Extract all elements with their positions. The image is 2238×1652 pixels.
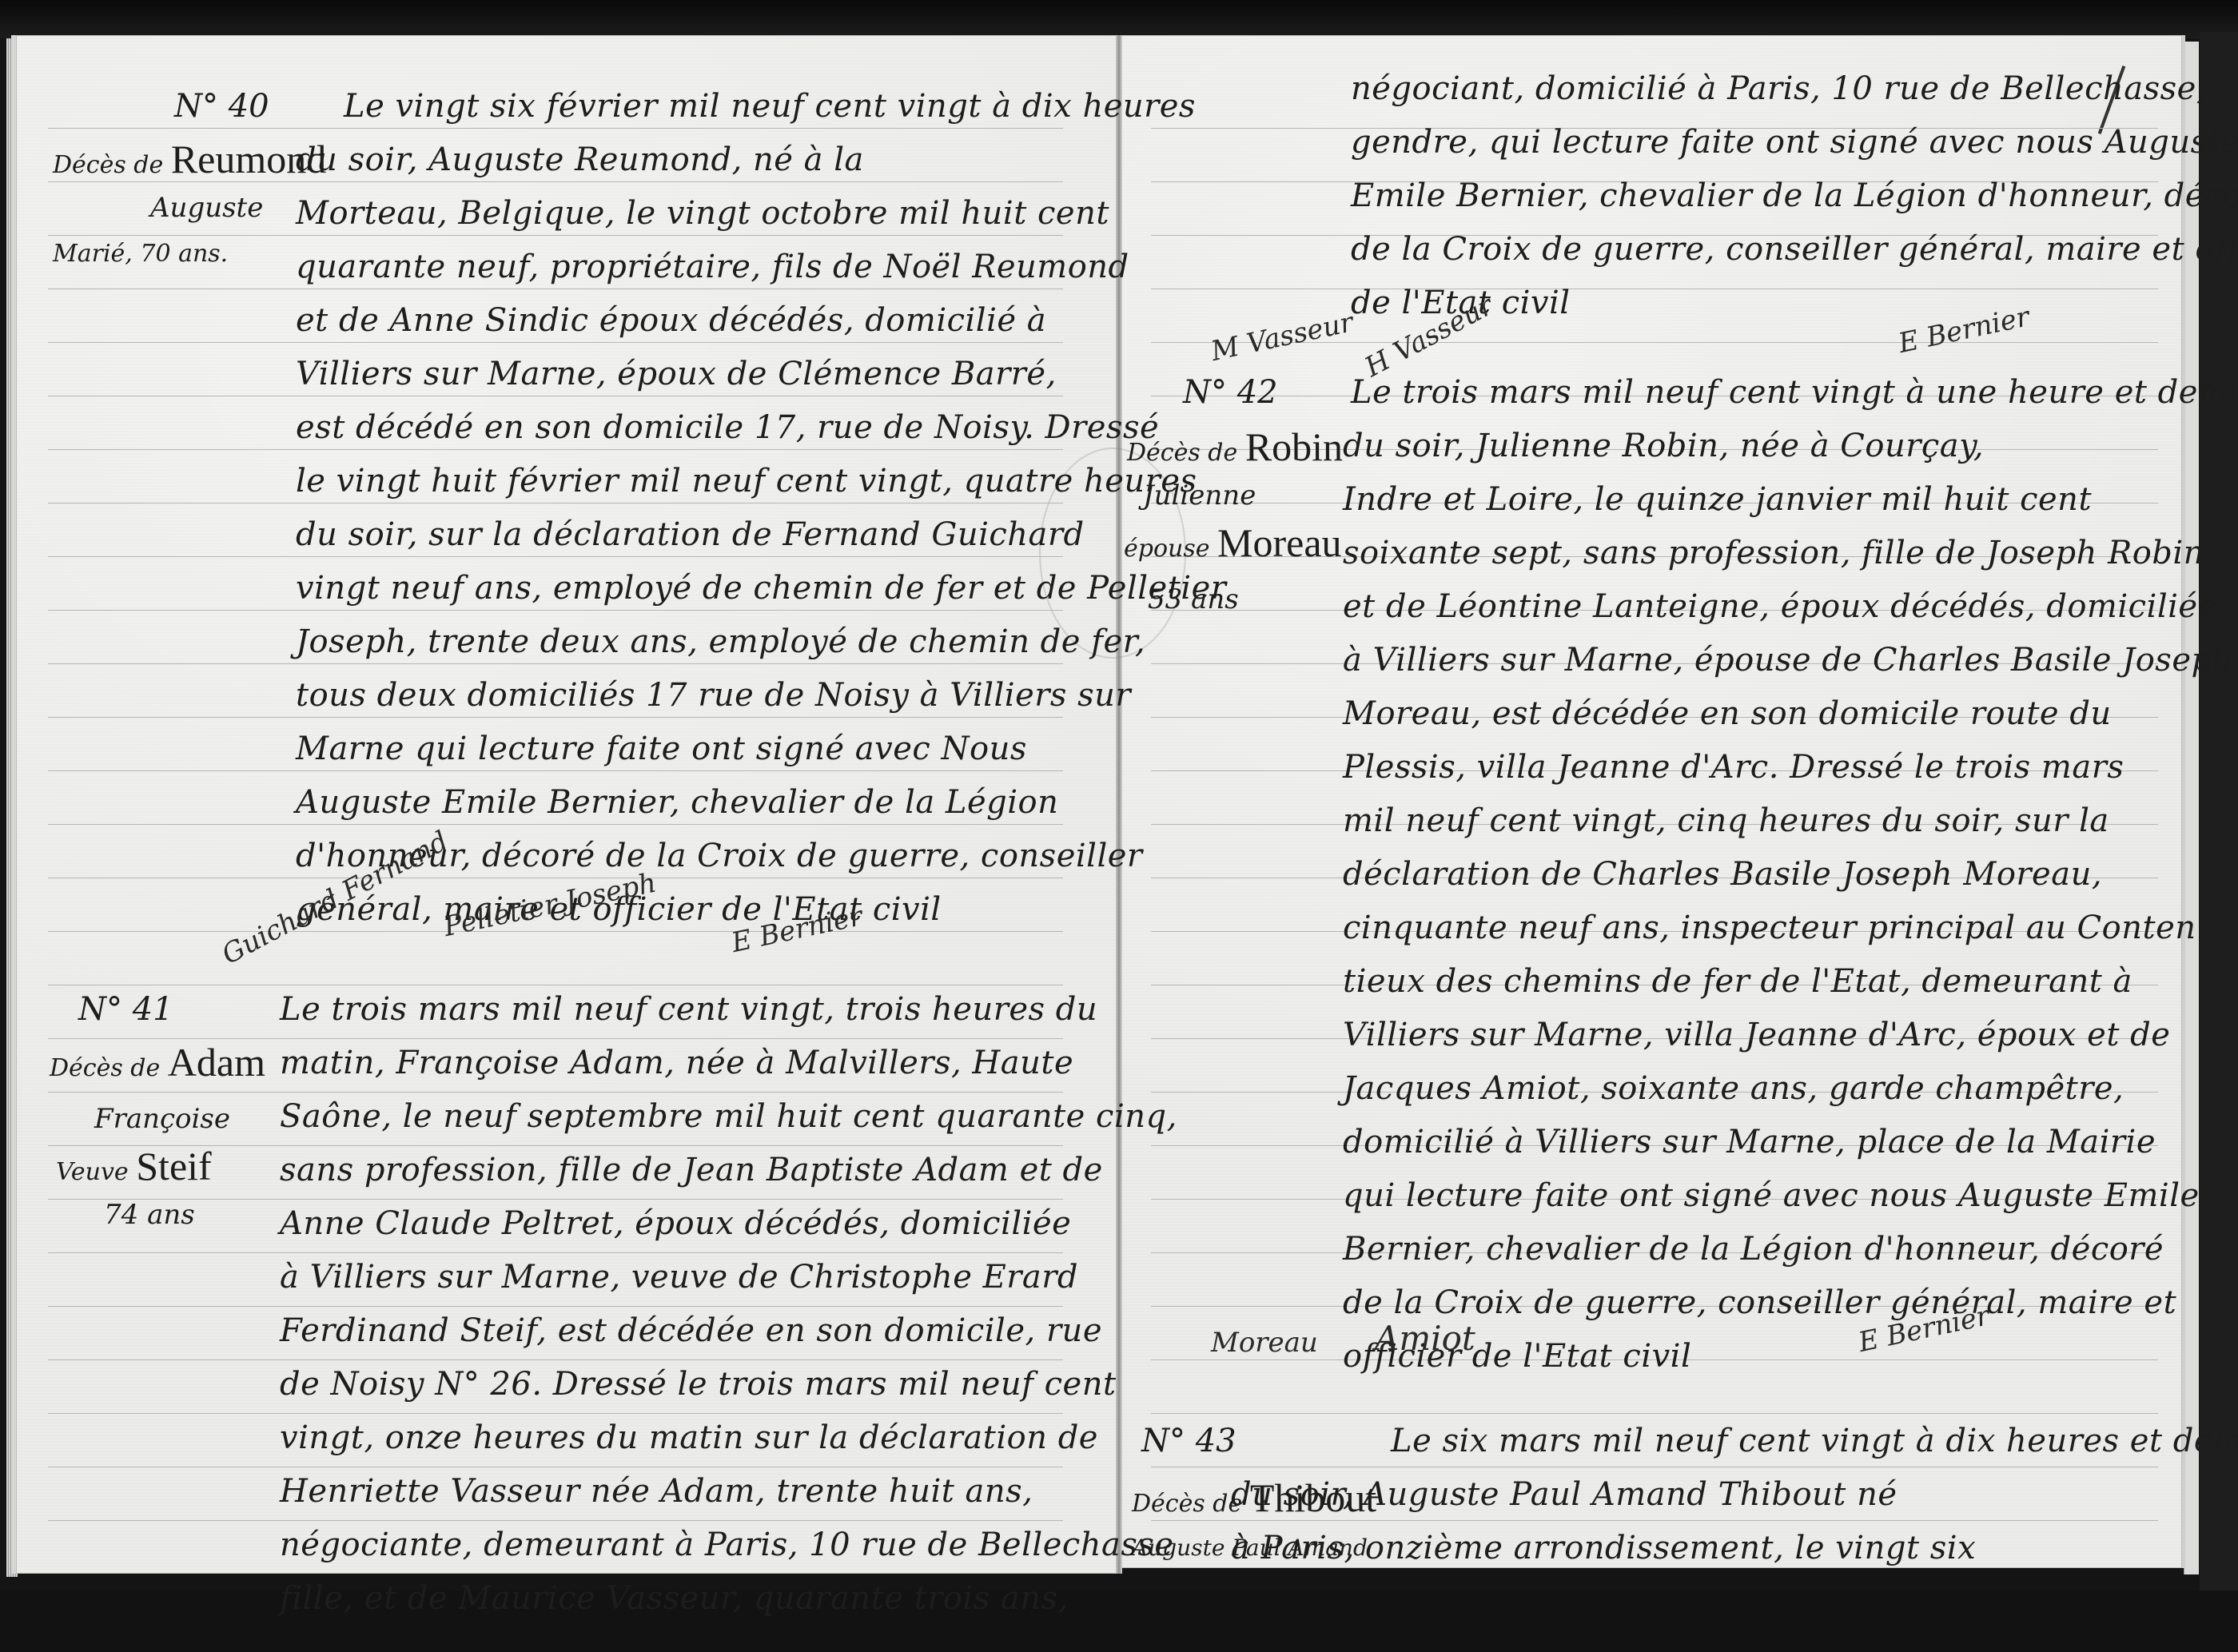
- ruled-line: [1151, 1413, 2158, 1414]
- register-line: qui lecture faite ont signé avec nous Au…: [1343, 1177, 2200, 1214]
- register-line: domicilié à Villiers sur Marne, place de…: [1343, 1124, 2156, 1160]
- deceased-surname: Adam: [168, 1040, 265, 1085]
- register-line: déclaration de Charles Basile Joseph Mor…: [1343, 856, 2102, 893]
- register-line: Joseph, trente deux ans, employé de chem…: [296, 623, 1145, 660]
- ruled-line: [48, 1306, 1063, 1307]
- widow-of: Veuve Steif: [56, 1143, 212, 1189]
- register-line: et de Anne Sindic époux décédés, domicil…: [296, 302, 1046, 339]
- register-line: Jacques Amiot, soixante ans, garde champ…: [1343, 1070, 2124, 1107]
- ruled-line: [48, 1252, 1063, 1253]
- register-line: vingt, onze heures du matin sur la décla…: [280, 1419, 1098, 1456]
- register-line: sans profession, fille de Jean Baptiste …: [280, 1152, 1103, 1188]
- register-line: Moreau, est décédée en son domicile rout…: [1343, 695, 2112, 732]
- spouse-of: épouse Moreau: [1124, 519, 1342, 566]
- register-line: mil neuf cent vingt, cinq heures du soir…: [1343, 802, 2109, 839]
- entry-margin-title: Décès de Adam: [50, 1039, 265, 1085]
- register-line: le vingt huit février mil neuf cent ving…: [296, 463, 1197, 500]
- ruled-line: [48, 1520, 1063, 1521]
- ruled-line: [48, 1413, 1063, 1414]
- ruled-line: [48, 1467, 1063, 1467]
- register-line: Le vingt six février mil neuf cent vingt…: [344, 88, 1196, 125]
- ruled-line: [48, 610, 1063, 611]
- book-cover-edge: [2200, 32, 2238, 1630]
- ruled-line: [48, 717, 1063, 718]
- ruled-line: [48, 128, 1063, 129]
- register-line: de la Croix de guerre, conseiller généra…: [1343, 1284, 2176, 1321]
- ruled-line: [1151, 289, 2158, 289]
- entry-number: N° 43: [1141, 1423, 1236, 1459]
- register-line: du soir, Julienne Robin, née à Courçay,: [1343, 428, 1984, 464]
- deceased-age: 53 ans: [1148, 583, 1239, 615]
- register-line: Le trois mars mil neuf cent vingt, trois…: [280, 991, 1097, 1028]
- register-line: tieux des chemins de fer de l'Etat, deme…: [1343, 963, 2132, 1000]
- ruled-line: [48, 556, 1063, 557]
- signature: Moreau: [1211, 1327, 1318, 1359]
- entry-number: N° 42: [1183, 374, 1278, 411]
- register-line: fille, et de Maurice Vasseur, quarante t…: [280, 1580, 1069, 1617]
- register-line: Le six mars mil neuf cent vingt à dix he…: [1391, 1423, 2238, 1459]
- register-line: négociante, demeurant à Paris, 10 rue de…: [280, 1527, 1174, 1563]
- deceased-given-name: Auguste: [150, 192, 263, 224]
- deces-label: Décès de: [1132, 1490, 1242, 1518]
- marital-status-age: Marié, 70 ans.: [53, 240, 228, 268]
- register-line: vingt neuf ans, employé de chemin de fer…: [296, 570, 1226, 607]
- register-line: à Villiers sur Marne, épouse de Charles …: [1343, 642, 2233, 679]
- register-line: à Villiers sur Marne, veuve de Christoph…: [280, 1259, 1078, 1296]
- spouse-surname: Steif: [136, 1144, 211, 1188]
- register-line: négociant, domicilié à Paris, 10 rue de …: [1351, 70, 2207, 107]
- ruled-line: [48, 878, 1063, 878]
- ruled-line: [48, 396, 1063, 396]
- deces-label: Décès de: [53, 151, 163, 179]
- ruled-line: [48, 449, 1063, 450]
- register-line: du soir, Auguste Reumond, né à la: [296, 141, 864, 178]
- register-line: Emile Bernier, chevalier de la Légion d'…: [1351, 177, 2238, 214]
- deceased-given-name: Françoise: [94, 1103, 230, 1135]
- register-line: Morteau, Belgique, le vingt octobre mil …: [296, 195, 1109, 232]
- ruled-line: [48, 503, 1063, 504]
- register-line: soixante sept, sans profession, fille de…: [1343, 535, 2204, 571]
- register-line: tous deux domiciliés 17 rue de Noisy à V…: [296, 677, 1131, 714]
- register-line: Villiers sur Marne, villa Jeanne d'Arc, …: [1343, 1017, 2170, 1053]
- ruled-line: [48, 1092, 1063, 1093]
- spouse-surname: Moreau: [1217, 520, 1342, 565]
- register-line: Villiers sur Marne, époux de Clémence Ba…: [296, 356, 1057, 392]
- register-line: de Noisy N° 26. Dressé le trois mars mil…: [280, 1366, 1117, 1403]
- entry-number: N° 41: [78, 991, 173, 1028]
- page-stack-right: [2184, 42, 2199, 1574]
- deces-label: Décès de: [1127, 439, 1237, 467]
- register-line: gendre, qui lecture faite ont signé avec…: [1351, 124, 2238, 161]
- entry-margin-title: Décès de Reumond: [53, 136, 326, 182]
- entry-margin-title: Décès de Robin: [1127, 424, 1343, 470]
- ruled-line: [48, 770, 1063, 771]
- register-line: Marne qui lecture faite ont signé avec N…: [296, 730, 1027, 767]
- register-line: Plessis, villa Jeanne d'Arc. Dressé le t…: [1343, 749, 2124, 786]
- ruled-line: [48, 931, 1063, 932]
- register-line: est décédé en son domicile 17, rue de No…: [296, 409, 1159, 446]
- register-line: du soir, sur la déclaration de Fernand G…: [296, 516, 1085, 553]
- ruled-line: [48, 235, 1063, 236]
- ruled-line: [48, 1199, 1063, 1200]
- deces-label: Décès de: [50, 1054, 160, 1082]
- register-line: matin, Françoise Adam, née à Malvillers,…: [280, 1045, 1073, 1081]
- register-line: Le trois mars mil neuf cent vingt à une …: [1351, 374, 2238, 411]
- register-line: Henriette Vasseur née Adam, trente huit …: [280, 1473, 1033, 1510]
- entry-number: N° 40: [174, 88, 269, 125]
- register-line: Indre et Loire, le quinze janvier mil hu…: [1343, 481, 2092, 518]
- ruled-line: [48, 1359, 1063, 1360]
- deceased-surname: Robin: [1245, 424, 1343, 469]
- signature: Amiot: [1375, 1319, 1475, 1358]
- register-line: cinquante neuf ans, inspecteur principal…: [1343, 910, 2196, 946]
- register-line: et de Léontine Lanteigne, époux décédés,…: [1343, 588, 2217, 625]
- widow-label: Veuve: [56, 1158, 129, 1186]
- ruled-line: [1151, 1467, 2158, 1467]
- ruled-line: [48, 824, 1063, 825]
- register-line: Bernier, chevalier de la Légion d'honneu…: [1343, 1231, 2164, 1268]
- register-line: quarante neuf, propriétaire, fils de Noë…: [296, 249, 1129, 285]
- deceased-age: 74 ans: [104, 1199, 195, 1231]
- spouse-label: épouse: [1124, 535, 1210, 563]
- ruled-line: [48, 985, 1063, 985]
- deceased-given-name: Julienne: [1143, 480, 1256, 512]
- register-line: de la Croix de guerre, conseiller généra…: [1351, 231, 2238, 268]
- scan-background-top: [0, 0, 2238, 38]
- register-line: du soir, Auguste Paul Amand Thibout né: [1231, 1476, 1898, 1513]
- ruled-line: [48, 289, 1063, 289]
- register-line: Saône, le neuf septembre mil huit cent q…: [280, 1098, 1177, 1135]
- ruled-line: [48, 342, 1063, 343]
- register-line: à Paris, onzième arrondissement, le ving…: [1231, 1530, 1976, 1566]
- ruled-line: [48, 663, 1063, 664]
- register-line: Ferdinand Steif, est décédée en son domi…: [280, 1312, 1102, 1349]
- register-line: Anne Claude Peltret, époux décédés, domi…: [280, 1205, 1071, 1242]
- register-line: Auguste Emile Bernier, chevalier de la L…: [296, 784, 1058, 821]
